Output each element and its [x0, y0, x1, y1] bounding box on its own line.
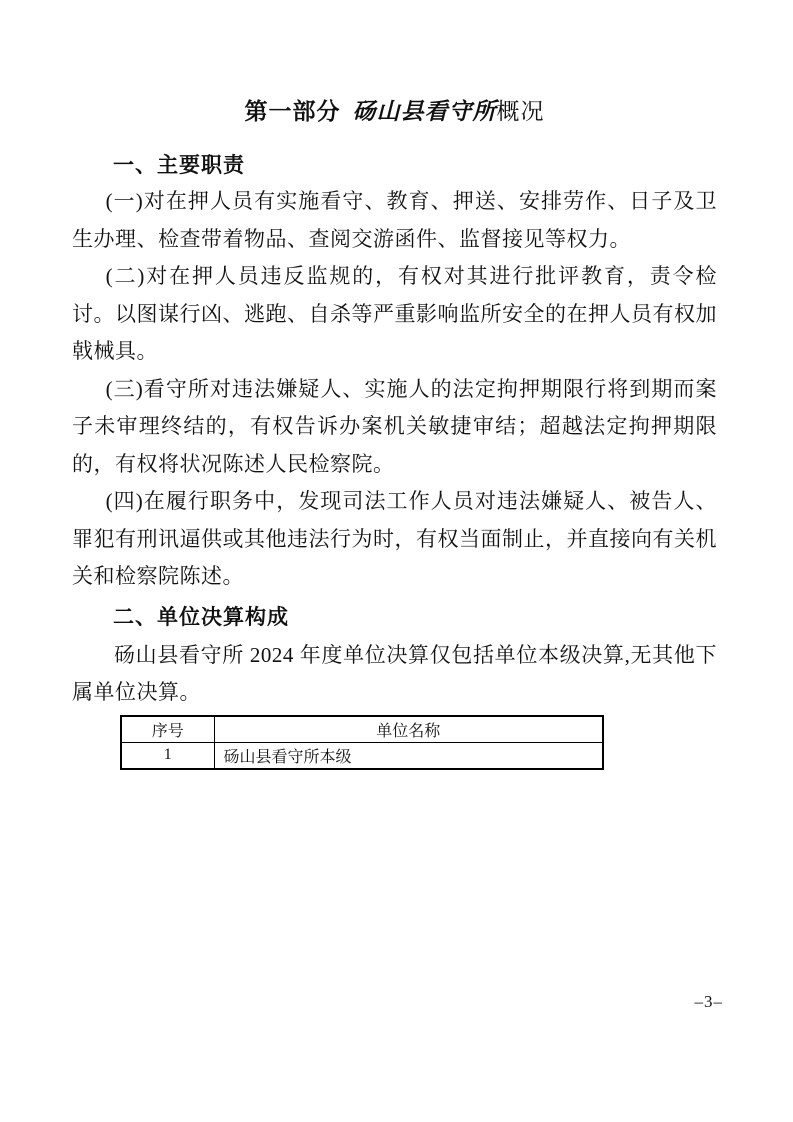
table-header-row: 序号 单位名称 [121, 716, 603, 743]
section-1-heading: 一、主要职责 [72, 154, 717, 178]
document-title: 第一部分砀山县看守所概况 [72, 96, 717, 127]
table-header-index: 序号 [121, 716, 214, 743]
row-index-cell: 1 [121, 742, 214, 769]
table-header-unit-name: 单位名称 [214, 716, 603, 743]
title-organization-name: 砀山县看守所 [353, 99, 497, 124]
composition-paragraph: 砀山县看守所 2024 年度单位决算仅包括单位本级决算,无其他下属单位决算。 [72, 637, 717, 712]
duty-paragraph-3: (三)看守所对违法嫌疑人、实施人的法定拘押期限行将到期而案子未审理终结的，有权告… [72, 371, 717, 484]
page-number: –3– [695, 992, 724, 1012]
duty-paragraph-2: (二)对在押人员违反监规的，有权对其进行批评教育，责令检讨。以图谋行凶、逃跑、自… [72, 258, 717, 371]
title-suffix: 概况 [497, 99, 545, 124]
section-2-heading: 二、单位决算构成 [72, 599, 717, 637]
unit-composition-table: 序号 单位名称 1 砀山县看守所本级 [120, 715, 604, 770]
duty-paragraph-1: (一)对在押人员有实施看守、教育、押送、安排劳作、日子及卫生办理、检查带着物品、… [72, 183, 717, 258]
document-page: 第一部分砀山县看守所概况 一、主要职责 (一)对在押人员有实施看守、教育、押送、… [0, 0, 793, 1122]
section-1-body: (一)对在押人员有实施看守、教育、押送、安排劳作、日子及卫生办理、检查带着物品、… [72, 183, 717, 596]
unit-name-cell: 砀山县看守所本级 [214, 742, 603, 769]
duty-paragraph-4: (四)在履行职务中，发现司法工作人员对违法嫌疑人、被告人、罪犯有刑讯逼供或其他违… [72, 483, 717, 596]
title-part-label: 第一部分 [245, 98, 341, 124]
table-row: 1 砀山县看守所本级 [121, 742, 603, 769]
